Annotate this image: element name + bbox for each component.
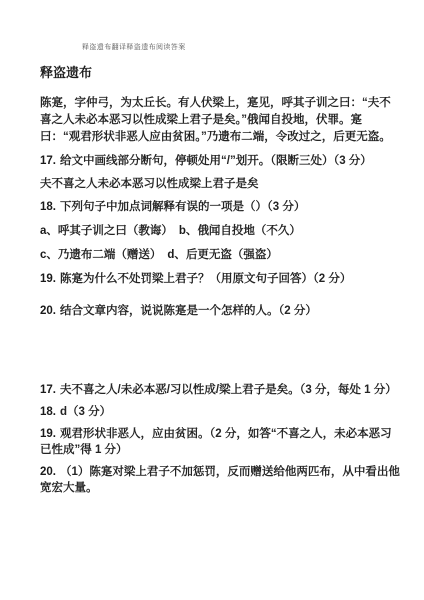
answer-18-text: d（3 分）	[60, 406, 111, 418]
passage-text: 陈寔，字仲弓，为太丘长。有人伏梁上，寔见，呼其子训之曰：“夫不喜之人未必本恶习以…	[40, 95, 402, 146]
option-c-text: 乃遗布二端（赠送）	[58, 249, 162, 261]
answer-17-number: 17.	[40, 384, 56, 396]
answer-19-text: 观君形状非恶人，应由贫困。（2 分，如答“不喜之人，未必本恶习已性成”得 1 分…	[40, 428, 392, 456]
question-17-text: 给文中画线部分断句，停顿处用“/”划开。（限断三处）（3 分）	[60, 155, 372, 167]
option-d-label: d、	[167, 249, 186, 261]
question-19-text: 陈寔为什么不处罚梁上君子？（用原文句子回答）（2 分）	[60, 273, 351, 285]
breadcrumb: 释盗遗布翻译释盗遗布阅读答案	[82, 43, 402, 52]
question-17-sentence: 夫不喜之人未必本恶习以性成梁上君子是矣	[40, 177, 402, 192]
answer-20-number: 20.	[40, 466, 56, 478]
option-b-text: 俄闻自投地（不久）	[197, 225, 301, 237]
answer-19: 19.观君形状非恶人，应由贫困。（2 分，如答“不喜之人，未必本恶习已性成”得 …	[40, 426, 402, 458]
question-18-text: 下列句子中加点词解释有误的一项是（）（3 分）	[60, 201, 305, 213]
option-a-label: a、	[40, 225, 58, 237]
question-18-number: 18.	[40, 201, 56, 213]
option-c-label: c、	[40, 249, 58, 261]
question-17: 17.给文中画线部分断句，停顿处用“/”划开。（限断三处）（3 分）	[40, 154, 402, 169]
option-d-text: 后更无盗（强盗）	[186, 249, 278, 261]
question-20-text: 结合文章内容，说说陈寔是一个怎样的人。（2 分）	[60, 305, 317, 317]
option-row-ab: a、呼其子训之曰（教诲）b、俄闻自投地（不久）	[40, 224, 402, 239]
question-20: 20.结合文章内容，说说陈寔是一个怎样的人。（2 分）	[40, 304, 402, 319]
answer-19-number: 19.	[40, 428, 56, 440]
answer-18: 18.d（3 分）	[40, 404, 402, 420]
answer-20: 20.（1）陈寔对梁上君子不加惩罚，反而赠送给他两匹布，从中看出他宽宏大量。	[40, 464, 402, 496]
question-18: 18.下列句子中加点词解释有误的一项是（）（3 分）	[40, 200, 402, 215]
question-17-number: 17.	[40, 155, 56, 167]
option-b-label: b、	[179, 225, 198, 237]
option-a-text: 呼其子训之曰（教诲）	[58, 225, 173, 237]
question-20-number: 20.	[40, 305, 56, 317]
question-19: 19.陈寔为什么不处罚梁上君子？（用原文句子回答）（2 分）	[40, 272, 402, 287]
answer-17-text: 夫不喜之人/未必本恶/习以性成/梁上君子是矣。（3 分，每处 1 分）	[60, 384, 397, 396]
answer-17: 17.夫不喜之人/未必本恶/习以性成/梁上君子是矣。（3 分，每处 1 分）	[40, 382, 402, 398]
answers-section: 17.夫不喜之人/未必本恶/习以性成/梁上君子是矣。（3 分，每处 1 分） 1…	[40, 382, 402, 496]
question-19-number: 19.	[40, 273, 56, 285]
page-title: 释盗遗布	[40, 66, 402, 80]
answer-20-text: （1）陈寔对梁上君子不加惩罚，反而赠送给他两匹布，从中看出他宽宏大量。	[40, 466, 400, 494]
sentence-to-punctuate: 夫不喜之人未必本恶习以性成梁上君子是矣	[40, 178, 259, 190]
document-page: 释盗遗布翻译释盗遗布阅读答案 释盗遗布 陈寔，字仲弓，为太丘长。有人伏梁上，寔见…	[0, 0, 424, 600]
option-row-cd: c、乃遗布二端（赠送）d、后更无盗（强盗）	[40, 248, 402, 263]
answer-18-number: 18.	[40, 406, 56, 418]
